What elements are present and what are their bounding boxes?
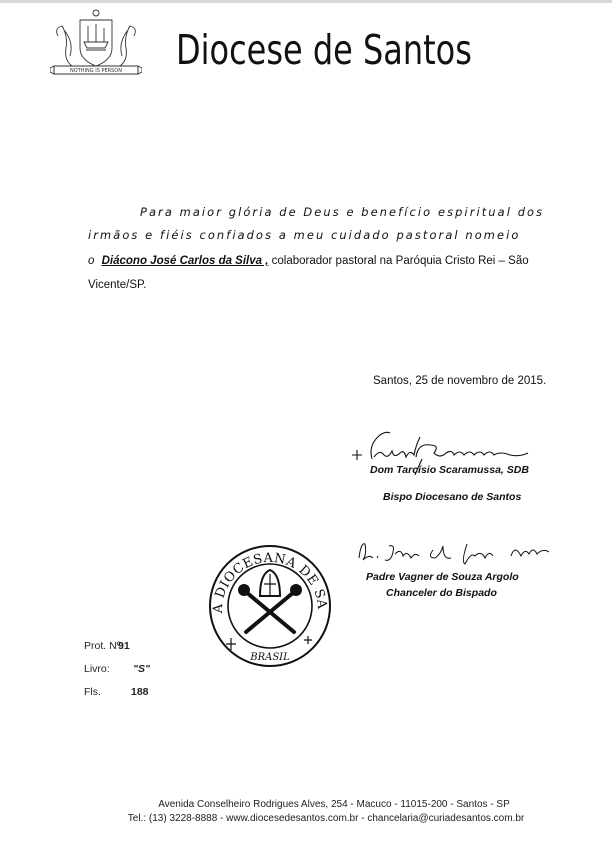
bishop-name: Dom Tarcísio Scaramussa, SDB [370,464,529,476]
prot-value: 91 [118,640,130,652]
paragraph-line-2: irmãos e fiéis confiados a meu cuidado p… [88,228,520,242]
chancellor-name: Padre Vagner de Souza Argolo [366,571,519,583]
chancellor-signature [355,536,555,566]
svg-text:BRASIL: BRASIL [249,652,290,663]
curia-seal-icon: CURIA DIOCESANA DE SANTOS BRASIL [200,540,340,670]
page-title: Diocese de Santos [176,26,472,74]
svg-text:NOTHING IS PERSON: NOTHING IS PERSON [70,68,122,74]
scan-edge [0,0,612,3]
diocese-crest-icon: NOTHING IS PERSON [50,8,142,76]
chancellor-role: Chanceler do Bispado [386,587,497,599]
bishop-role: Bispo Diocesano de Santos [383,491,521,503]
fls-value: 188 [131,686,149,698]
appointee-name: Diácono José Carlos da Silva , [102,255,269,267]
article: o [88,255,94,267]
appointment-role: colaborador pastoral na Paróquia Cristo … [272,255,529,267]
fls-label: Fls. [84,686,101,698]
appointment-line: o Diácono José Carlos da Silva , colabor… [88,255,529,267]
paragraph-line-1: Para maior glória de Deus e benefício es… [140,205,544,219]
livro-value: "S" [133,663,150,675]
footer-address: Avenida Conselheiro Rodrigues Alves, 254… [28,799,612,810]
appointment-line-continued: Vicente/SP. [88,279,146,291]
date-line: Santos, 25 de novembro de 2015. [373,375,546,387]
livro-label: Livro: [84,663,110,675]
footer-contact: Tel.: (13) 3228-8888 - www.diocesedesant… [20,813,612,824]
